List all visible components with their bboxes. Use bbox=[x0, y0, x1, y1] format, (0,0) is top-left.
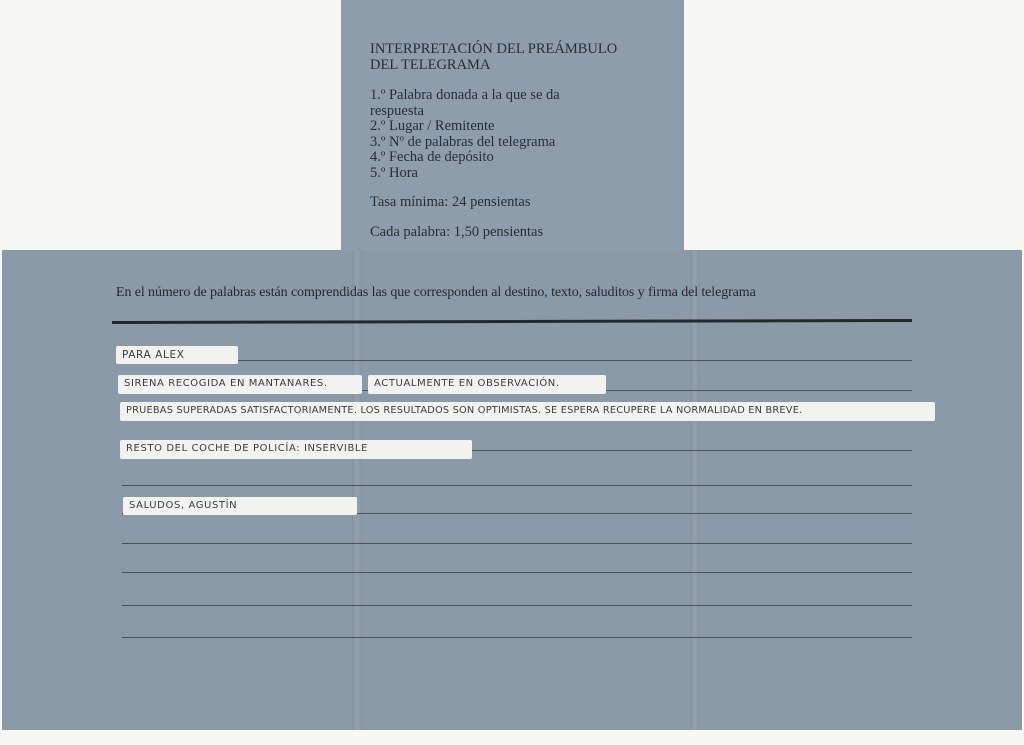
message-strip: ACTUALMENTE EN OBSERVACIÓN. bbox=[368, 375, 606, 394]
preamble-item: respuesta bbox=[370, 104, 617, 120]
preamble-item: 5.º Hora bbox=[370, 166, 617, 182]
recipient-strip: PARA ALEX bbox=[116, 346, 238, 364]
writing-line bbox=[122, 360, 912, 361]
message-strip: SIRENA RECOGIDA EN MANTANARES. bbox=[118, 375, 362, 394]
preamble-item: 2.º Lugar / Remitente bbox=[370, 119, 617, 135]
preamble-text: INTERPRETACIÓN DEL PREÁMBULO DEL TELEGRA… bbox=[370, 42, 617, 240]
scan-margin bbox=[0, 730, 1024, 745]
preamble-title-line1: INTERPRETACIÓN DEL PREÁMBULO bbox=[370, 42, 617, 58]
preamble-item: 3.º Nº de palabras del telegrama bbox=[370, 135, 617, 151]
per-word-rate: Cada palabra: 1,50 pensientas bbox=[370, 225, 617, 241]
message-strip: PRUEBAS SUPERADAS SATISFACTORIAMENTE. LO… bbox=[120, 402, 935, 421]
writing-line bbox=[122, 572, 912, 573]
writing-line bbox=[122, 485, 912, 486]
word-count-note: En el número de palabras están comprendi… bbox=[116, 285, 756, 301]
preamble-flap: INTERPRETACIÓN DEL PREÁMBULO DEL TELEGRA… bbox=[341, 0, 684, 250]
writing-line bbox=[122, 605, 912, 606]
preamble-item: 4.º Fecha de depósito bbox=[370, 150, 617, 166]
signature-strip: SALUDOS, AGUSTÍN bbox=[123, 497, 357, 515]
preamble-title: INTERPRETACIÓN DEL PREÁMBULO DEL TELEGRA… bbox=[370, 42, 617, 73]
message-strip: RESTO DEL COCHE DE POLICÍA: INSERVIBLE bbox=[120, 440, 472, 459]
preamble-title-line2: DEL TELEGRAMA bbox=[370, 58, 617, 74]
writing-line bbox=[122, 543, 912, 544]
preamble-item: 1.º Palabra donada a la que se da bbox=[370, 88, 617, 104]
writing-line bbox=[122, 637, 912, 638]
minimum-rate: Tasa mínima: 24 pensientas bbox=[370, 195, 617, 211]
